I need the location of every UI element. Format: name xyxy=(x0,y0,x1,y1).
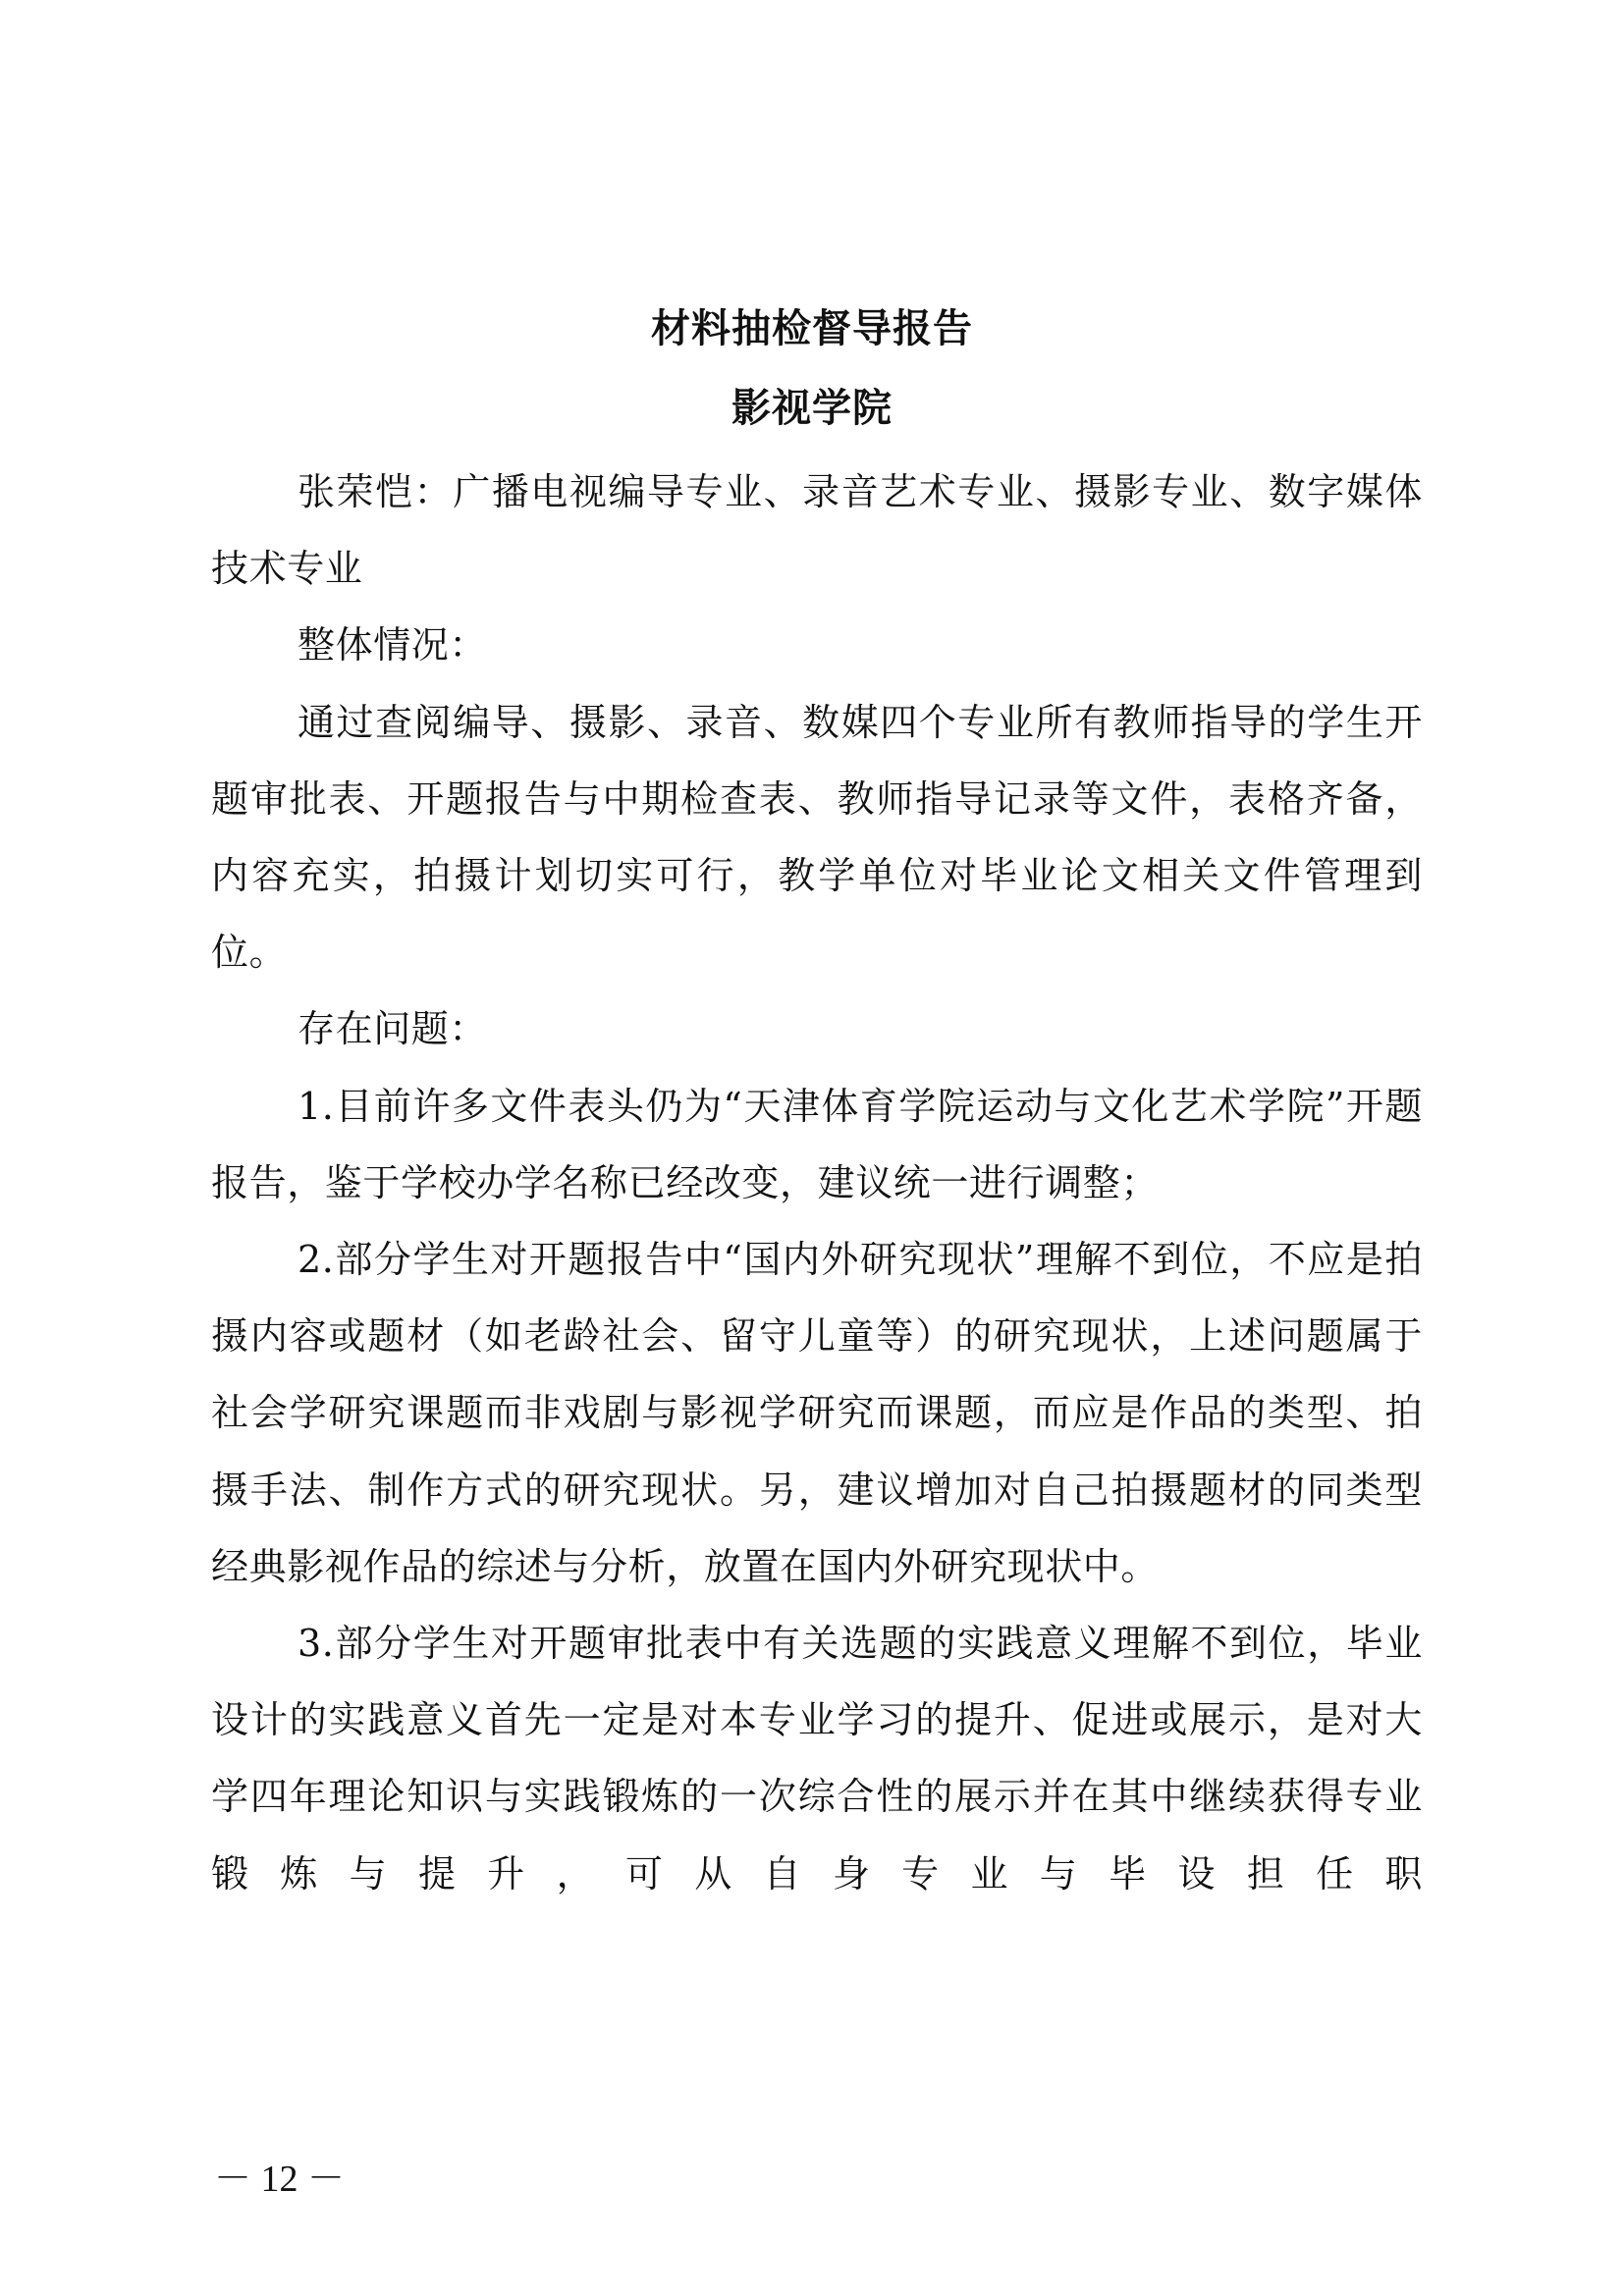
paragraph-issues-heading: 存在问题： xyxy=(211,990,1423,1067)
paragraph-overall-heading: 整体情况： xyxy=(211,607,1423,683)
document-body: 张荣恺：广播电视编导专业、录音艺术专业、摄影专业、数字媒体技术专业 整体情况： … xyxy=(211,454,1423,1912)
paragraph-issue-3: 3.部分学生对开题审批表中有关选题的实践意义理解不到位，毕业设计的实践意义首先一… xyxy=(211,1605,1423,1912)
paragraph-reviewer: 张荣恺：广播电视编导专业、录音艺术专业、摄影专业、数字媒体技术专业 xyxy=(211,454,1423,607)
paragraph-issue-1: 1.目前许多文件表头仍为“天津体育学院运动与文化艺术学院”开题报告，鉴于学校办学… xyxy=(211,1068,1423,1221)
paragraph-issue-2: 2.部分学生对开题报告中“国内外研究现状”理解不到位，不应是拍摄内容或题材（如老… xyxy=(211,1221,1423,1605)
document-title: 材料抽检督导报告 xyxy=(0,297,1624,353)
document-page: 材料抽检督导报告 影视学院 张荣恺：广播电视编导专业、录音艺术专业、摄影专业、数… xyxy=(0,0,1624,2296)
document-subtitle: 影视学院 xyxy=(0,377,1624,433)
paragraph-overall: 通过查阅编导、摄影、录音、数媒四个专业所有教师指导的学生开题审批表、开题报告与中… xyxy=(211,684,1423,991)
page-number: － 12 － xyxy=(214,2148,345,2202)
